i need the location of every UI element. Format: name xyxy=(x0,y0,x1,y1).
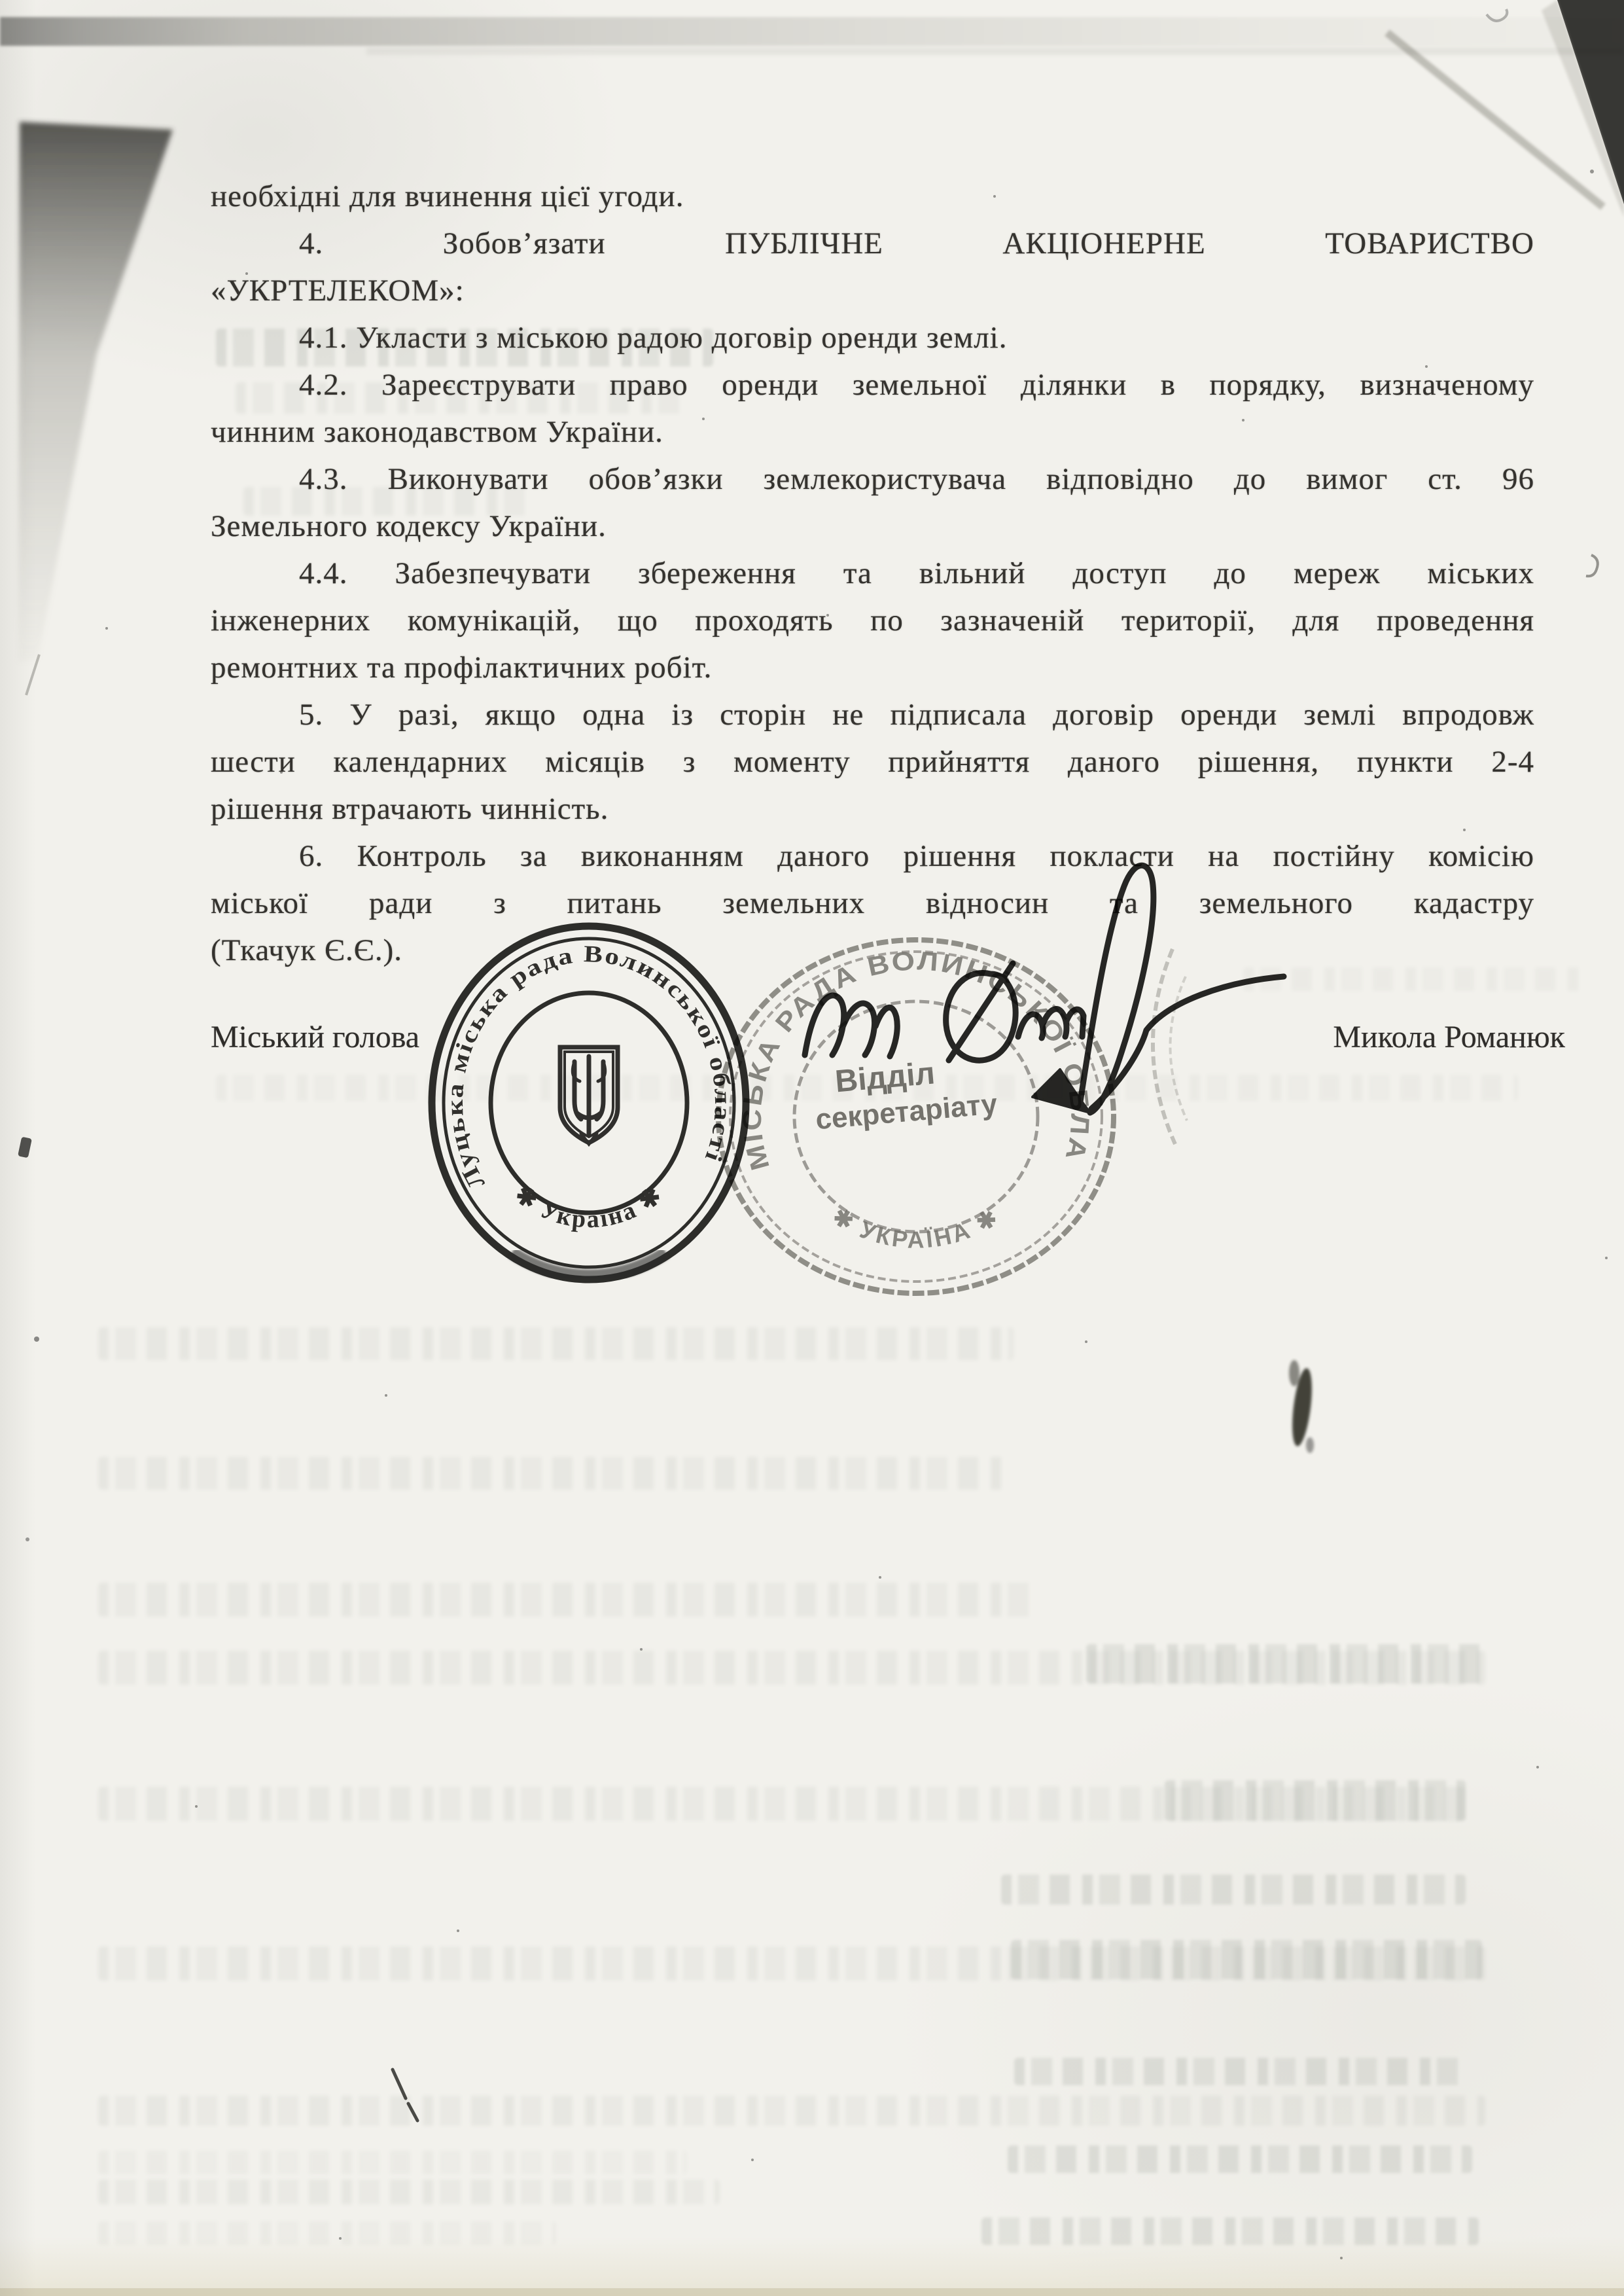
mayor-signature xyxy=(0,0,1624,2296)
scanned-document-page: необхідні для вчинення цієї угоди. 4. Зо… xyxy=(0,0,1624,2296)
